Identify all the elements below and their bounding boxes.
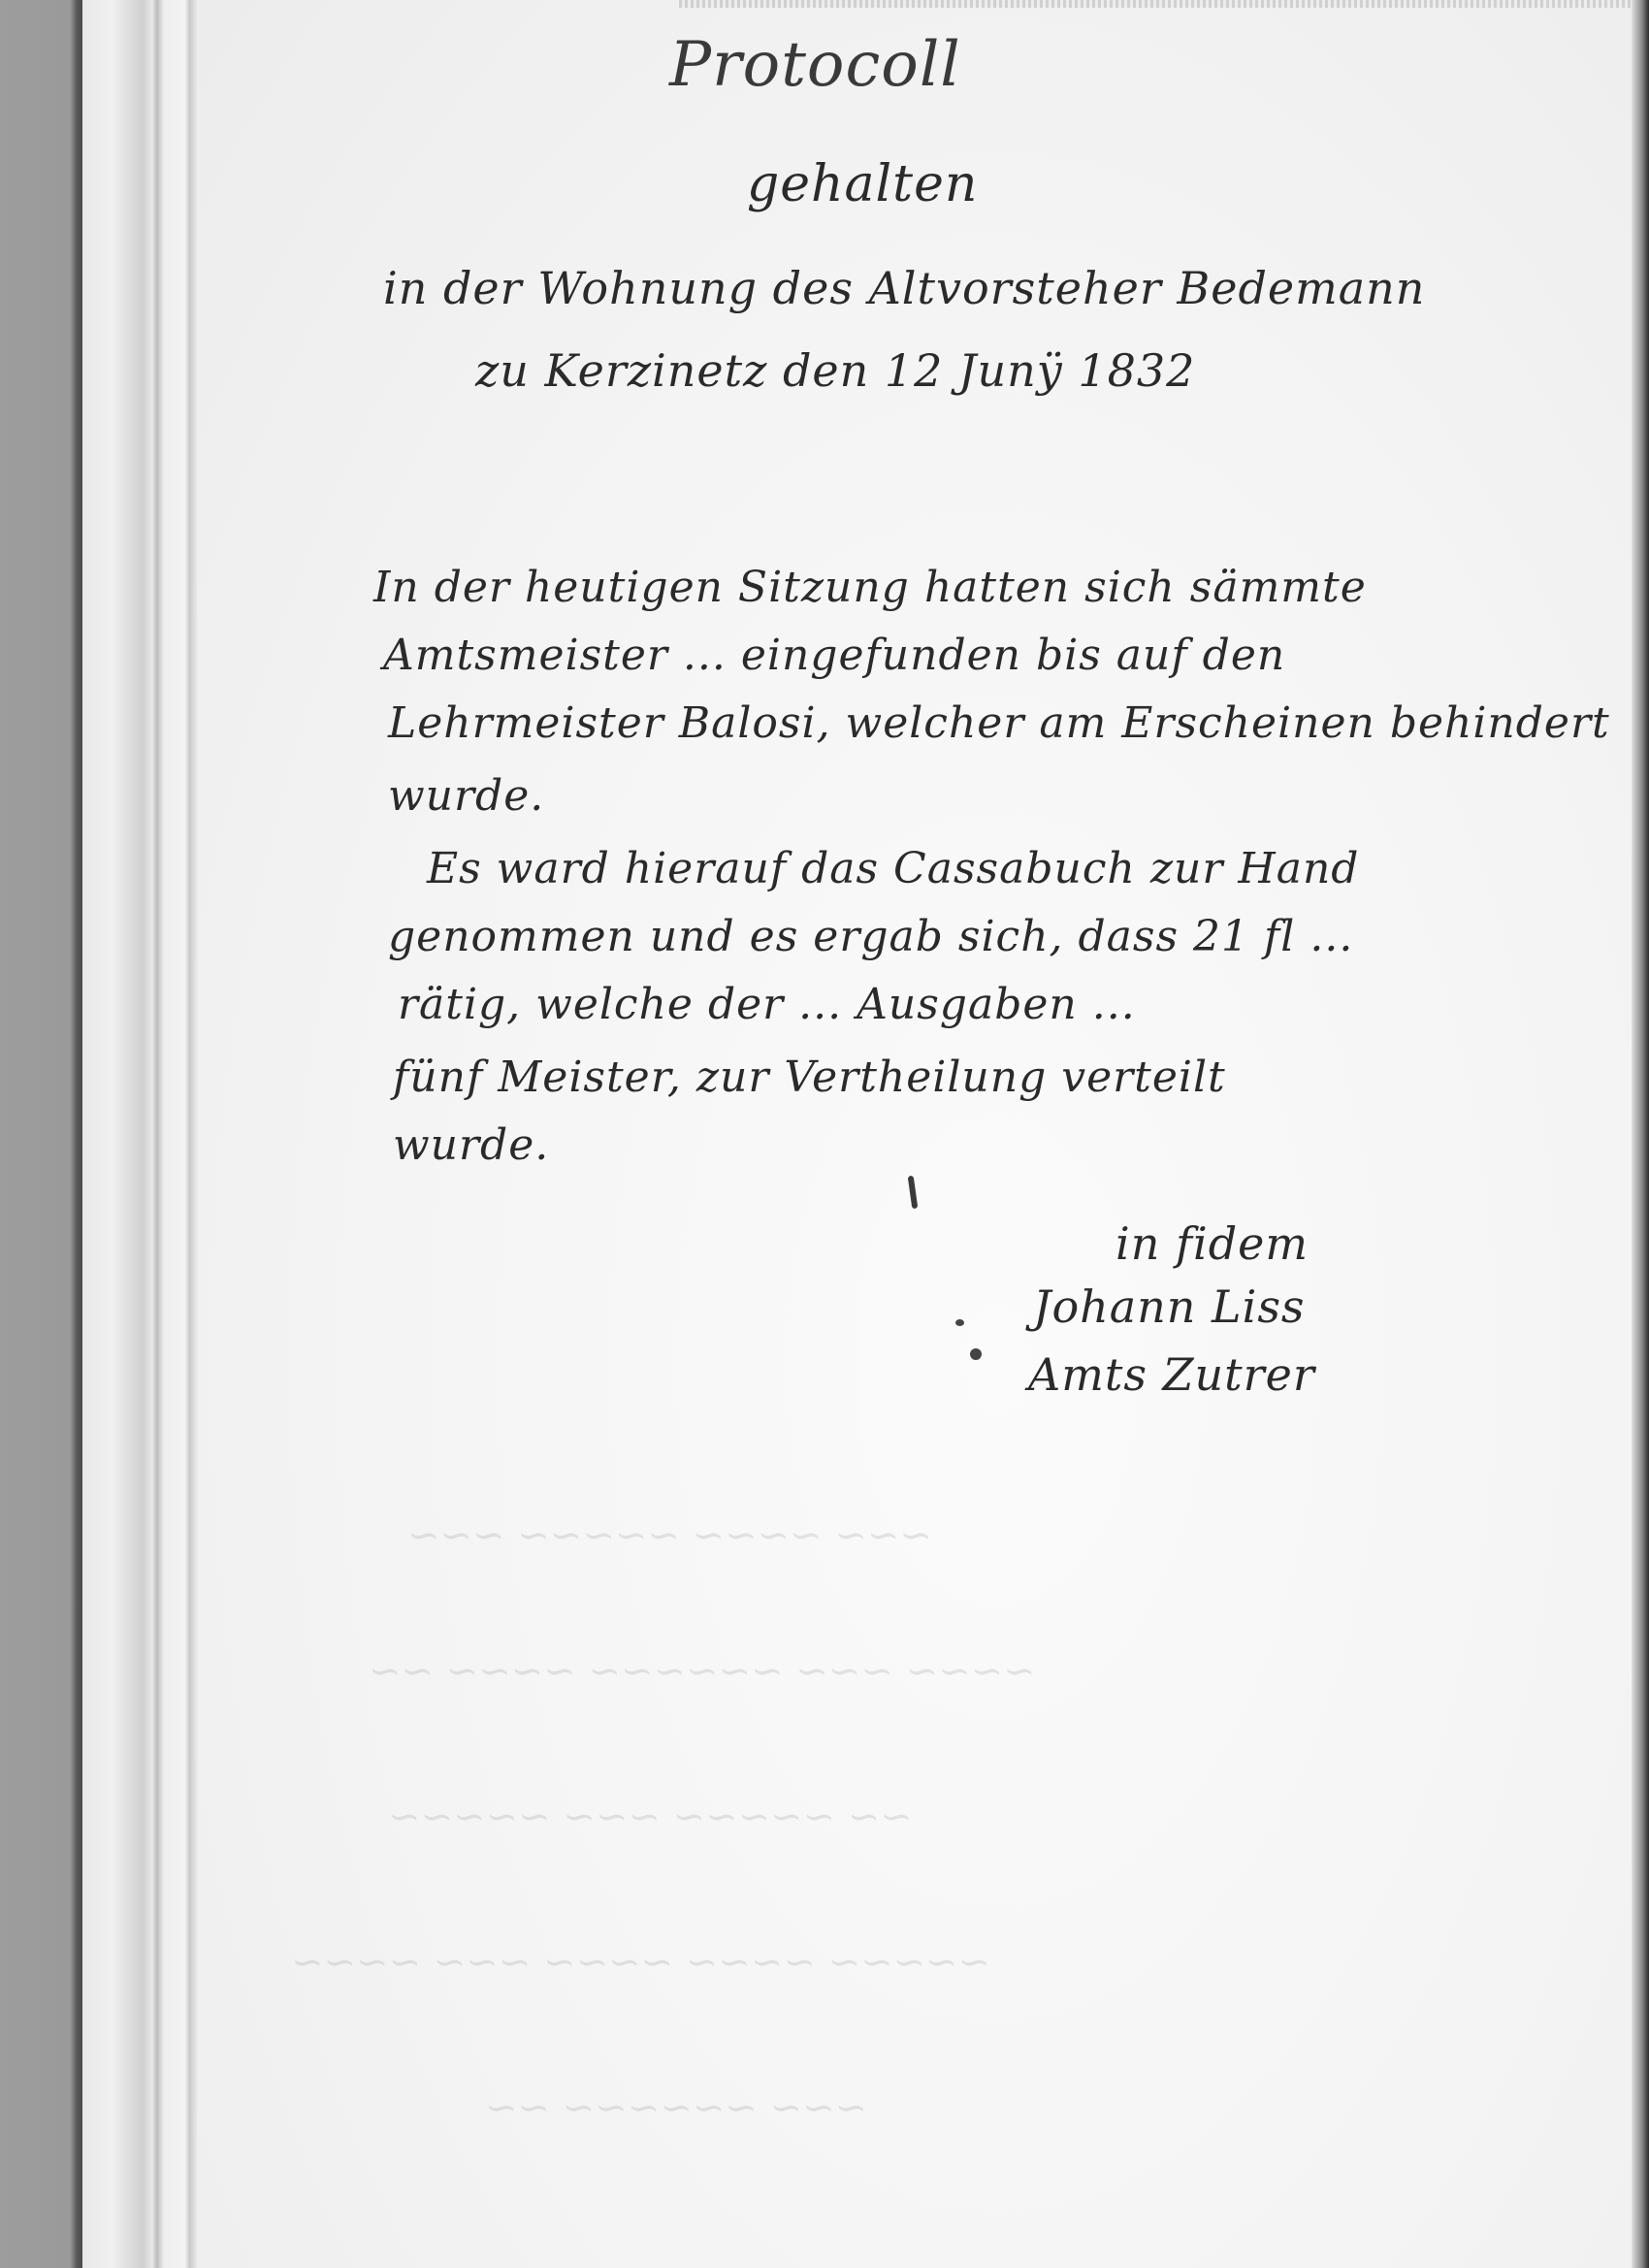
- ink-blot: [970, 1348, 982, 1360]
- body-line: rätig, welche der ... Ausgaben ...: [398, 980, 1136, 1029]
- bleed-through-text: ~~~~ ~~~ ~~~~~~ ~~~~ ~~: [369, 1649, 1036, 1694]
- body-line: wurde.: [388, 771, 544, 821]
- signature-name: Johann Liss: [1033, 1280, 1306, 1333]
- body-line: Amtsmeister ... eingefunden bis auf den: [383, 631, 1285, 680]
- right-page-shadow: [1632, 0, 1649, 2268]
- body-line: Es ward hierauf das Cassabuch zur Hand: [427, 844, 1359, 893]
- body-line: fünf Meister, zur Vertheilung verteilt: [393, 1053, 1226, 1102]
- book-page-edges: [82, 0, 199, 2268]
- ink-blot: [955, 1319, 964, 1326]
- body-line: wurde.: [393, 1120, 549, 1170]
- document-subtitle: gehalten: [747, 155, 978, 213]
- document-title: Protocoll: [669, 29, 961, 101]
- body-line: Lehrmeister Balosi, welcher am Erscheine…: [388, 698, 1610, 748]
- bleed-through-text: ~~~~~ ~~~~ ~~~~ ~~~ ~~~~: [291, 1940, 990, 1985]
- scanner-background: [0, 0, 82, 2268]
- signature-role: Amts Zutrer: [1028, 1348, 1315, 1401]
- signature-closing: in fidem: [1115, 1217, 1309, 1270]
- heading-line-2: zu Kerzinetz den 12 Junÿ 1832: [475, 344, 1195, 397]
- page-top-edge: [679, 0, 1649, 8]
- bleed-through-text: ~~ ~~~~~ ~~~ ~~~~~: [388, 1795, 913, 1839]
- body-line: genommen und es ergab sich, dass 21 fl .…: [388, 912, 1353, 961]
- body-line: In der heutigen Sitzung hatten sich sämm…: [373, 563, 1367, 612]
- scanned-document: ~~~ ~~~~ ~~~~~ ~~~ ~~~~ ~~~ ~~~~~~ ~~~~ …: [0, 0, 1649, 2268]
- bleed-through-text: ~~~ ~~~~ ~~~~~ ~~~: [407, 1513, 932, 1558]
- heading-line-1: in der Wohnung des Altvorsteher Bedemann: [383, 262, 1425, 314]
- bleed-through-text: ~~~ ~~~~~~ ~~: [485, 2086, 867, 2130]
